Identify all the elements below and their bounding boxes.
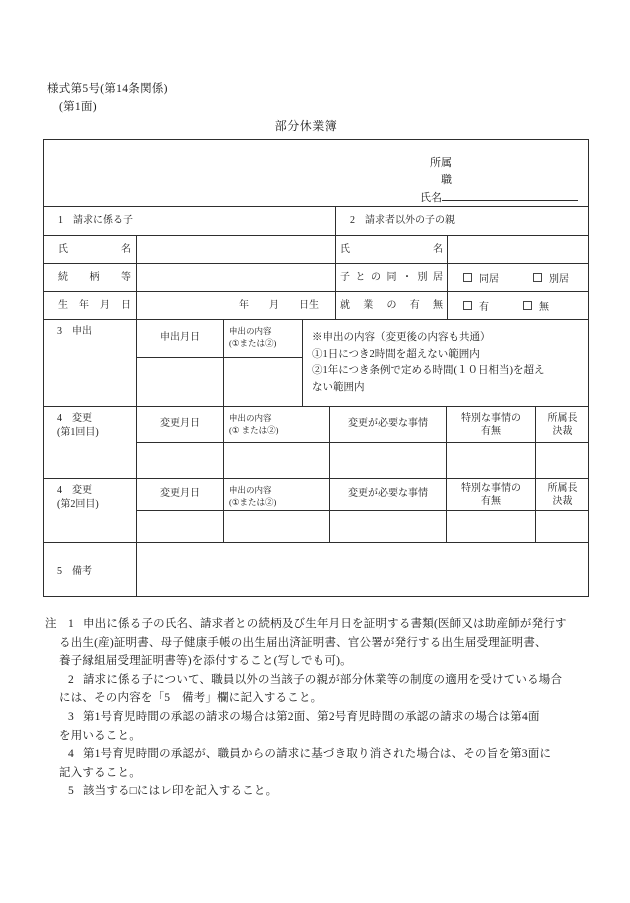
option-living-apart: 別居 xyxy=(533,270,569,285)
change1-approval-field[interactable] xyxy=(535,443,589,478)
remarks-field[interactable] xyxy=(136,543,588,596)
notes-prefix: 注 xyxy=(45,615,57,631)
application-date-field[interactable] xyxy=(137,358,223,406)
section5-heading: 5 備考 xyxy=(44,543,136,596)
application-date-label: 申出月日 xyxy=(137,320,223,357)
name-label: 氏名 xyxy=(420,192,442,204)
note-item: 4第1号育児時間の承認が、職員からの請求に基づき取り消された場合は、その旨を第3… xyxy=(59,745,583,782)
name-underline[interactable] xyxy=(442,189,578,201)
relation-field[interactable] xyxy=(136,264,335,291)
section1-heading: 1 請求に係る子 xyxy=(44,207,335,235)
note-number: 1 xyxy=(68,618,74,630)
application-grid: 申出月日 申出の内容 (①または②) xyxy=(136,320,302,406)
note-text: 申出に係る子の氏名、請求者との続柄及び生年月日を証明する書類(医師又は助産師が発… xyxy=(59,618,567,667)
change2-content-label: 申出の内容 (①または②) xyxy=(223,479,329,510)
page-label: (第1面) xyxy=(59,98,97,114)
change1-content-label: 申出の内容 (① または②) xyxy=(223,407,329,442)
change1-special-label: 特別な事情の 有無 xyxy=(446,407,535,442)
note-text: 該当する□にはレ印を記入すること。 xyxy=(83,785,277,797)
change2-approval-field[interactable] xyxy=(535,511,589,542)
notes-list: 1申出に係る子の氏名、請求者との続柄及び生年月日を証明する書類(医師又は助産師が… xyxy=(59,615,583,801)
note-text: 第1号育児時間の承認が、職員からの請求に基づき取り消された場合は、その旨を第3面… xyxy=(59,748,551,779)
change1-section: 4 変更 (第1回目) 変更月日 申出の内容 (① または②) 変更が必要な事情… xyxy=(44,406,588,478)
change2-header-row: 変更月日 申出の内容 (①または②) 変更が必要な事情 特別な事情の 有無 所属… xyxy=(137,479,588,510)
option-not-employed: 無 xyxy=(523,298,549,313)
relation-label: 続柄等 xyxy=(44,264,136,291)
position-label: 職 xyxy=(420,172,452,189)
change2-reason-label: 変更が必要な事情 xyxy=(329,479,446,510)
application-content-field[interactable] xyxy=(223,358,303,406)
identity-band: 所属 職 氏名 xyxy=(44,140,588,206)
option-employed: 有 xyxy=(463,298,489,313)
checkbox-icon[interactable] xyxy=(523,301,532,310)
option-label: 別居 xyxy=(549,270,569,285)
section4b-heading: 4 変更 (第2回目) xyxy=(44,479,136,542)
note-number: 3 xyxy=(68,711,74,723)
note-item: 2請求に係る子について、職員以外の当該子の親が部分休業等の制度の適用を受けている… xyxy=(59,671,583,708)
application-header-row: 申出月日 申出の内容 (①または②) xyxy=(137,320,302,357)
change1-header-row: 変更月日 申出の内容 (① または②) 変更が必要な事情 特別な事情の 有無 所… xyxy=(137,407,588,442)
checkbox-icon[interactable] xyxy=(533,273,542,282)
section2-heading: 2 請求者以外の子の親 xyxy=(335,207,588,235)
change2-section: 4 変更 (第2回目) 変更月日 申出の内容 (①または②) 変更が必要な事情 … xyxy=(44,478,588,542)
option-label: 同居 xyxy=(479,270,499,285)
identity-block: 所属 職 氏名 xyxy=(420,155,578,207)
employment-options: 有 無 xyxy=(447,292,588,319)
change1-reason-field[interactable] xyxy=(329,443,446,478)
section4a-heading-main: 4 変更 xyxy=(57,412,136,426)
change2-content-field[interactable] xyxy=(223,511,329,542)
section4b-heading-main: 4 変更 xyxy=(57,484,136,498)
change2-special-label: 特別な事情の 有無 xyxy=(446,479,535,510)
note-number: 2 xyxy=(68,674,74,686)
note-text: 第1号育児時間の承認の請求の場合は第2面、第2号育児時間の承認の請求の場合は第4… xyxy=(59,711,540,742)
change2-special-field[interactable] xyxy=(446,511,535,542)
child-name-label: 氏名 xyxy=(44,236,136,263)
change2-entry-row xyxy=(137,510,588,542)
note-item: 5該当する□にはレ印を記入すること。 xyxy=(59,782,583,801)
cohabitation-label: 子との同・別居 xyxy=(335,264,447,291)
change2-grid: 変更月日 申出の内容 (①または②) 変更が必要な事情 特別な事情の 有無 所属… xyxy=(136,479,588,542)
change1-date-field[interactable] xyxy=(137,443,223,478)
application-entry-row xyxy=(137,357,302,406)
option-label: 無 xyxy=(539,298,549,313)
birthdate-label: 生年月日 xyxy=(44,292,136,319)
change2-reason-field[interactable] xyxy=(329,511,446,542)
document-sheet: 様式第5号(第14条関係) (第1面) 部分休業簿 所属 職 氏名 1 請求に係… xyxy=(0,0,630,903)
relation-row: 続柄等 子との同・別居 同居 別居 xyxy=(44,263,588,291)
note-number: 4 xyxy=(68,748,74,760)
application-note: ※申出の内容（変更後の内容も共通） ①1日につき2時間を超えない範囲内 ②1年に… xyxy=(302,320,588,406)
change1-entry-row xyxy=(137,442,588,478)
section3-heading: 3 申出 xyxy=(44,320,136,406)
employment-label: 就業の有無 xyxy=(335,292,447,319)
option-living-together: 同居 xyxy=(463,270,499,285)
parent-name-field[interactable] xyxy=(447,236,588,263)
change1-reason-label: 変更が必要な事情 xyxy=(329,407,446,442)
birthdate-field[interactable]: 年 月 日生 xyxy=(136,292,335,319)
option-label: 有 xyxy=(479,298,489,313)
page-title: 部分休業簿 xyxy=(0,117,612,134)
checkbox-icon[interactable] xyxy=(463,273,472,282)
name-row: 氏名 氏名 xyxy=(44,235,588,263)
note-item: 3第1号育児時間の承認の請求の場合は第2面、第2号育児時間の承認の請求の場合は第… xyxy=(59,708,583,745)
form-number: 様式第5号(第14条関係) xyxy=(47,80,168,96)
affiliation-label: 所属 xyxy=(420,155,452,172)
change2-date-field[interactable] xyxy=(137,511,223,542)
name-line: 氏名 xyxy=(420,189,578,207)
change1-approval-label: 所属長 決裁 xyxy=(535,407,589,442)
section4b-heading-sub: (第2回目) xyxy=(57,498,136,512)
change2-approval-label: 所属長 決裁 xyxy=(535,479,589,510)
section4a-heading: 4 変更 (第1回目) xyxy=(44,407,136,478)
note-number: 5 xyxy=(68,785,74,797)
checkbox-icon[interactable] xyxy=(463,301,472,310)
change1-grid: 変更月日 申出の内容 (① または②) 変更が必要な事情 特別な事情の 有無 所… xyxy=(136,407,588,478)
section4a-heading-sub: (第1回目) xyxy=(57,426,136,440)
child-name-field[interactable] xyxy=(136,236,335,263)
remarks-section: 5 備考 xyxy=(44,542,588,596)
change1-date-label: 変更月日 xyxy=(137,407,223,442)
note-item: 1申出に係る子の氏名、請求者との続柄及び生年月日を証明する書類(医師又は助産師が… xyxy=(59,615,583,671)
note-text: 請求に係る子について、職員以外の当該子の親が部分休業等の制度の適用を受けている場… xyxy=(59,674,562,705)
change1-content-field[interactable] xyxy=(223,443,329,478)
application-content-label: 申出の内容 (①または②) xyxy=(223,320,303,357)
parent-name-label: 氏名 xyxy=(335,236,447,263)
birthdate-row: 生年月日 年 月 日生 就業の有無 有 無 xyxy=(44,291,588,319)
section-headings-row: 1 請求に係る子 2 請求者以外の子の親 xyxy=(44,206,588,235)
form-table: 所属 職 氏名 1 請求に係る子 2 請求者以外の子の親 氏名 氏名 続柄等 子… xyxy=(43,139,589,597)
change1-special-field[interactable] xyxy=(446,443,535,478)
cohabitation-options: 同居 別居 xyxy=(447,264,588,291)
application-section: 3 申出 申出月日 申出の内容 (①または②) ※申出の内容（変更後の内容も共通… xyxy=(44,319,588,406)
change2-date-label: 変更月日 xyxy=(137,479,223,510)
